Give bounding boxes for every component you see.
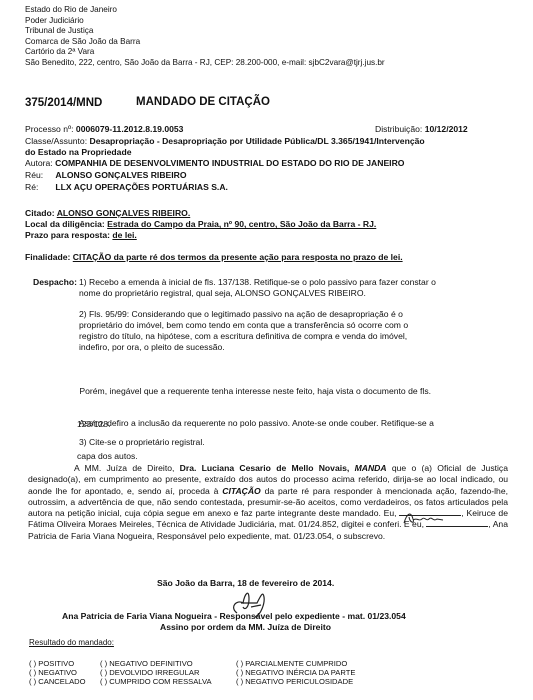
- result-option-negativo-inercia[interactable]: ( ) NEGATIVO INÉRCIA DA PARTE: [236, 668, 355, 677]
- subscriber-signature-line: [426, 526, 488, 527]
- location-label: Local da diligência:: [25, 219, 105, 229]
- citacao-word: CITAÇÃO: [222, 486, 261, 496]
- distribution-value: 10/12/2012: [425, 124, 468, 134]
- order-line: Assino por ordem da MM. Juíza de Direito: [160, 622, 331, 632]
- defendant-label: Réu:: [25, 170, 53, 180]
- result-option-cumprido-ressalva[interactable]: ( ) CUMPRIDO COM RESSALVA: [100, 677, 212, 686]
- order-p2-line: registro do título, na hipótese, com a e…: [79, 331, 408, 342]
- result-option-parcialmente-cumprido[interactable]: ( ) PARCIALMENTE CUMPRIDO: [236, 659, 347, 668]
- document-title: MANDADO DE CITAÇÃO: [136, 96, 270, 108]
- mandate-paragraph: A MM. Juíza de Direito, Dra. Luciana Ces…: [28, 463, 508, 542]
- result-option-positivo[interactable]: ( ) POSITIVO: [29, 659, 74, 668]
- process-label: Processo nº:: [25, 124, 74, 134]
- location-row: Local da diligência: Estrada do Campo da…: [25, 219, 376, 229]
- result-option-negativo-definitivo[interactable]: ( ) NEGATIVO DEFINITIVO: [100, 659, 193, 668]
- deadline-row: Prazo para resposta: de lei.: [25, 230, 137, 240]
- header-line: Comarca de São João da Barra: [25, 37, 385, 48]
- class-row: Classe/Assunto: Desapropriação - Desapro…: [25, 136, 425, 146]
- order-p2: 2) Fls. 95/99: Considerando que o legiti…: [79, 309, 408, 353]
- class-value: Desapropriação - Desapropriação por Util…: [90, 136, 425, 146]
- plaintiff-row: Autora: COMPANHIA DE DESENVOLVIMENTO IND…: [25, 158, 404, 168]
- order-p4-line: capa dos autos.: [77, 451, 434, 462]
- cited-value: ALONSO GONÇALVES RIBEIRO.: [57, 208, 191, 218]
- defendant2-label: Ré:: [25, 182, 53, 192]
- result-option-cancelado[interactable]: ( ) CANCELADO: [29, 677, 86, 686]
- defendant-value: ALONSO GONÇALVES RIBEIRO: [55, 170, 186, 180]
- cited-label: Citado:: [25, 208, 55, 218]
- typist-signature-line: [399, 515, 461, 516]
- manda-word: MANDA: [355, 463, 387, 473]
- purpose-value: CITAÇÃO da parte ré dos termos da presen…: [73, 252, 403, 262]
- order-p1-line1: 1) Recebo a emenda à inicial de fls. 137…: [79, 277, 436, 287]
- cited-row: Citado: ALONSO GONÇALVES RIBEIRO.: [25, 208, 190, 218]
- class-label: Classe/Assunto:: [25, 136, 87, 146]
- order-p4: Assim, defiro a inclusão da requerente n…: [77, 396, 434, 472]
- signer-line: Ana Patricia de Faria Viana Nogueira - R…: [62, 611, 406, 621]
- mandate-intro: A MM. Juíza de Direito,: [74, 463, 180, 473]
- result-option-negativo[interactable]: ( ) NEGATIVO: [29, 668, 77, 677]
- defendant2-value: LLX AÇU OPERAÇÕES PORTUÁRIAS S.A.: [55, 182, 228, 192]
- typist-signature: [401, 511, 461, 525]
- order-p1-line2: nome do proprietário registral, qual sej…: [79, 288, 366, 298]
- document-number: 375/2014/MND: [25, 97, 102, 109]
- judge-name: Dra. Luciana Cesario de Mello Novais,: [180, 463, 350, 473]
- process-value: 0006079-11.2012.8.19.0053: [76, 124, 184, 134]
- order-p2-line: proprietário do imóvel, bem como tendo e…: [79, 320, 408, 331]
- header-line: Poder Judiciário: [25, 16, 385, 27]
- distribution-label: Distribuição:: [375, 124, 422, 134]
- header-line: Tribunal de Justiça: [25, 26, 385, 37]
- purpose-label: Finalidade:: [25, 252, 70, 262]
- location-value: Estrada do Campo da Praia, nº 90, centro…: [107, 219, 376, 229]
- plaintiff-label: Autora:: [25, 158, 53, 168]
- place-date: São João da Barra, 18 de fevereiro de 20…: [157, 578, 334, 588]
- header-line: São Benedito, 222, centro, São João da B…: [25, 58, 385, 69]
- process-number-row: Processo nº: 0006079-11.2012.8.19.0053: [25, 124, 183, 134]
- purpose-row: Finalidade: CITAÇÃO da parte ré dos term…: [25, 252, 403, 262]
- deadline-label: Prazo para resposta:: [25, 230, 110, 240]
- distribution-row: Distribuição: 10/12/2012: [375, 124, 468, 134]
- court-header: Estado do Rio de Janeiro Poder Judiciári…: [25, 5, 385, 69]
- class-value-cont: do Estado na Propriedade: [25, 147, 132, 157]
- result-option-devolvido-irregular[interactable]: ( ) DEVOLVIDO IRREGULAR: [100, 668, 199, 677]
- order-p5: 3) Cite-se o proprietário registral.: [79, 437, 205, 447]
- order-label: Despacho:: [33, 277, 77, 287]
- order-p2-line: indefiro, por ora, o pleito de sucessão.: [79, 342, 408, 353]
- order-p2-line: 2) Fls. 95/99: Considerando que o legiti…: [79, 309, 408, 320]
- order-p4-line: Assim, defiro a inclusão da requerente n…: [77, 418, 434, 429]
- header-line: Cartório da 2ª Vara: [25, 47, 385, 58]
- defendant-row: Réu: ALONSO GONÇALVES RIBEIRO: [25, 170, 187, 180]
- defendant2-row: Ré: LLX AÇU OPERAÇÕES PORTUÁRIAS S.A.: [25, 182, 228, 192]
- result-option-negativo-periculosidade[interactable]: ( ) NEGATIVO PERICULOSIDADE: [236, 677, 353, 686]
- deadline-value: de lei.: [112, 230, 136, 240]
- header-line: Estado do Rio de Janeiro: [25, 5, 385, 16]
- plaintiff-value: COMPANHIA DE DESENVOLVIMENTO INDUSTRIAL …: [55, 158, 404, 168]
- result-label: Resultado do mandado:: [29, 638, 114, 647]
